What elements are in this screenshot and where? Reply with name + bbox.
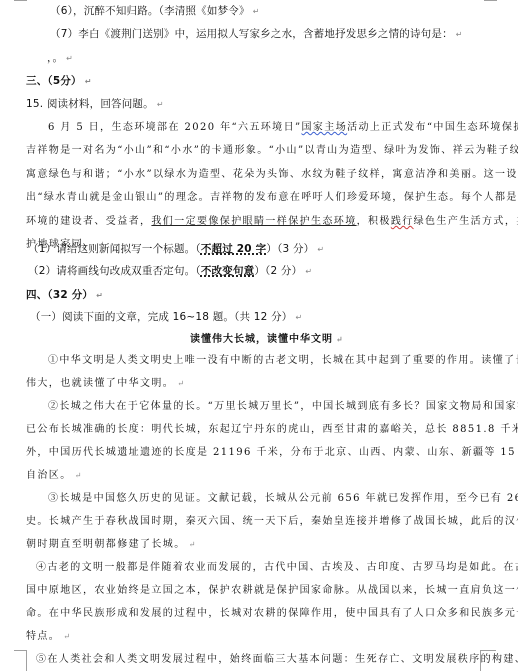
paragraph-mark: ↵	[63, 632, 71, 641]
part-1-instruction[interactable]: （一）阅读下面的文章，完成 16~18 题。（共 12 分）↵	[30, 310, 302, 325]
article-paragraph-line[interactable]: 外，中国历代长城遗址遗迹的长度是 21196 千米，分布于北京、山西、内蒙、山东…	[26, 446, 518, 460]
sub-question-1[interactable]: （1）请给这则新闻拟写一个标题。（不超过 20 字）（3 分）↵	[28, 242, 324, 257]
section-3-heading: 三、（5分）↵	[26, 74, 92, 89]
material-paragraph-line[interactable]: 环境的建设者、受益者，我们一定要像保护眼睛一样保护生态环境，积极践行绿色生产生活…	[26, 215, 518, 229]
material-paragraph-line[interactable]: 吉祥物是一对名为“小山”和“小水”的卡通形象。“小山”以青山为造型、绿叶为发饰、…	[26, 144, 518, 158]
article-paragraph-line[interactable]: ③长城是中国悠久历史的见证。文献记载，长城从公元前 656 年就已发挥作用，至今…	[48, 492, 518, 506]
section-4-heading: 四、（32 分）↵	[26, 288, 103, 303]
page-corner-mark-top-left	[14, 0, 27, 2]
paragraph-mark: ↵	[336, 334, 344, 344]
paragraph-mark: ↵	[75, 471, 83, 480]
poem-question-6[interactable]: （6），沉醉不知归路。（李清照《如梦令》↵	[50, 4, 260, 19]
paragraph-mark: ↵	[189, 540, 197, 549]
answer-blank-line[interactable]: ，。↵	[47, 51, 73, 66]
paragraph-mark: ↵	[253, 7, 260, 16]
article-paragraph-line[interactable]: ①中华文明是人类文明史上唯一没有中断的古老文明，长城在其中起到了重要的作用。读懂…	[48, 354, 518, 368]
paragraph-mark: ↵	[177, 379, 185, 388]
paragraph-mark: ↵	[157, 100, 164, 109]
article-title: 读懂伟大长城，读懂中华文明↵	[190, 332, 344, 347]
emphasized-requirement: 不超过 20 字	[201, 243, 267, 255]
sub-question-2[interactable]: （2）请将画线句改成双重否定句。（不改变句意）（2 分）↵	[28, 264, 312, 279]
article-paragraph-line[interactable]: ⑤在人类社会和人类文明发展过程中，始终面临三大基本问题：生死存亡、文明发展秩序的…	[36, 653, 518, 667]
paragraph-mark: ↵	[66, 54, 73, 63]
poem-question-7[interactable]: （7）李白《渡荆门送别》中，运用拟人写家乡之水，含蓄地抒发思乡之情的诗句是：↵	[50, 27, 463, 42]
spell-check-flag[interactable]: 践行	[391, 216, 414, 227]
article-paragraph-line[interactable]: 伟大，也就读懂了中华文明。↵	[26, 377, 185, 391]
article-paragraph-line[interactable]: 自治区。↵	[26, 469, 83, 483]
underlined-sentence: 我们一定要像保护眼睛一样保护生态环境	[151, 216, 356, 227]
paragraph-mark: ↵	[96, 291, 103, 300]
page-corner-mark-top-right	[484, 0, 497, 2]
paragraph-mark: ↵	[85, 77, 92, 86]
article-paragraph-line[interactable]: ④古老的文明一般都是伴随着农业而发展的，古代中国、古埃及、古印度、古罗马均是如此…	[36, 561, 518, 575]
grammar-check-flag[interactable]: 国家主场	[302, 122, 348, 133]
emphasized-requirement: 不改变句意	[201, 265, 255, 277]
article-paragraph-line[interactable]: 朝时期直至明朝都修建了长城。↵	[26, 538, 197, 552]
article-paragraph-line[interactable]: 已公布长城准确的长度：明代长城，东起辽宁丹东的虎山，西至甘肃的嘉峪关，总长 88…	[26, 423, 518, 437]
paragraph-mark: ↵	[317, 245, 324, 254]
material-paragraph-line[interactable]: 出“绿水青山就是金山银山”的理念。吉祥物的发布意在呼吁人们珍爱环境，保护生态。每…	[26, 191, 518, 205]
paragraph-mark: ↵	[295, 313, 302, 322]
material-paragraph-line[interactable]: 6 月 5 日，生态环境部在 2020 年“六五环境日”国家主场活动上正式发布“…	[48, 121, 518, 135]
article-paragraph-line[interactable]: 史。长城产生于春秋战国时期，秦灭六国、统一天下后，秦始皇连接并增修了战国长城，此…	[26, 515, 518, 529]
article-paragraph-line[interactable]: ②长城之伟大在于它体量的长。“万里长城万里长”，中国长城到底有多长？国家文物局和…	[48, 400, 518, 414]
article-paragraph-line[interactable]: 国中原地区，农业始终是立国之本，保护农耕就是保护国家命脉。从战国以来，长城一直肩…	[26, 584, 518, 598]
paragraph-mark: ↵	[456, 30, 463, 39]
paragraph-mark: ↵	[305, 267, 312, 276]
question-15[interactable]: 15. 阅读材料，回答问题。↵	[26, 97, 164, 112]
article-paragraph-line[interactable]: 命。在中华民族形成和发展的过程中，长城对农耕的保障作用，使中国具有了人口众多和民…	[26, 607, 518, 621]
material-paragraph-line[interactable]: 寓意绿色与和谐；“小水”以绿水为造型、花朵为头饰、水纹为鞋子纹样，寓意洁净和美丽…	[26, 168, 518, 182]
document-page: （6），沉醉不知归路。（李清照《如梦令》↵ （7）李白《渡荆门送别》中，运用拟人…	[0, 0, 518, 671]
article-paragraph-line[interactable]: 特点。↵	[26, 630, 71, 644]
page-corner-mark-bottom-left	[14, 650, 27, 671]
